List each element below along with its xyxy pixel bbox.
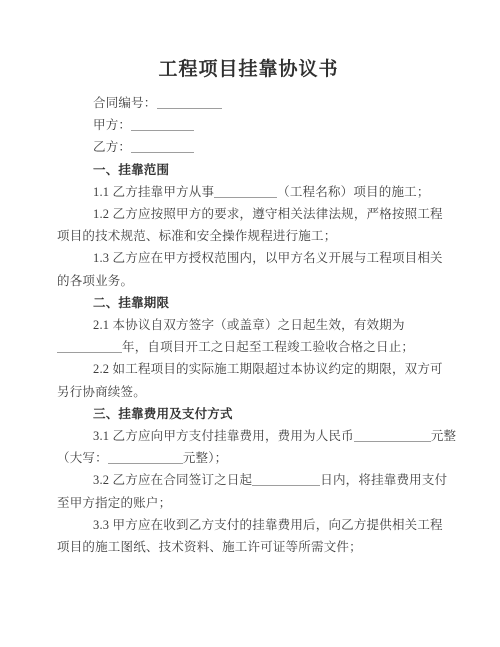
clause-line: 1.1 乙方挂靠甲方从事（工程名称）项目的施工；: [57, 181, 440, 203]
clause-line: 项目的施工图纸、技术资料、施工许可证等所需文件；: [57, 536, 440, 558]
clause-text: 2.1 本协议自双方签字（或盖章）之日起生效，有效期为: [93, 318, 405, 332]
clause-line: 3.3 甲方应在收到乙方支付的挂靠费用后，向乙方提供相关工程: [57, 514, 440, 536]
clause-text: 1.1 乙方挂靠甲方从事: [93, 185, 214, 199]
clause-line: 3.1 乙方应向甲方支付挂靠费用，费用为人民币元整: [57, 425, 440, 447]
document-page: 工程项目挂靠协议书 合同编号：甲方：乙方：一、挂靠范围1.1 乙方挂靠甲方从事（…: [0, 0, 500, 647]
section-3-heading: 三、挂靠费用及支付方式: [57, 403, 440, 425]
clause-text: （工程名称）项目的施工；: [277, 185, 429, 199]
clause-line: 1.2 乙方应按照甲方的要求，遵守相关法律法规，严格按照工程: [57, 203, 440, 225]
clause-line: 另行协商续签。: [57, 381, 440, 403]
clause-text: 项目的施工图纸、技术资料、施工许可证等所需文件；: [57, 540, 362, 554]
contract-number-field: 合同编号：: [57, 92, 440, 114]
clause-text: 3.2 乙方应在合同签订之日起: [93, 473, 252, 487]
section-heading-text: 二、挂靠期限: [93, 296, 169, 310]
document-title: 工程项目挂靠协议书: [57, 57, 440, 83]
clause-text: 乙方：: [93, 140, 131, 154]
clause-text: 3.3 甲方应在收到乙方支付的挂靠费用后，向乙方提供相关工程: [93, 518, 443, 532]
clause-line: 2.2 如工程项目的实际施工期限超过本协议约定的期限，双方可: [57, 358, 440, 380]
clause-text: 日内，将挂靠费用支付: [320, 473, 447, 487]
blank-fill-line: [131, 118, 194, 131]
clause-text: 3.1 乙方应向甲方支付挂靠费用，费用为人民币: [93, 429, 354, 443]
clause-line: （大写：元整）；: [57, 447, 440, 469]
party-b-field: 乙方：: [57, 136, 440, 158]
clause-text: 1.3 乙方应在甲方授权范围内，以甲方名义开展与工程项目相关: [93, 251, 443, 265]
blank-fill-line: [354, 429, 431, 442]
clause-text: 2.2 如工程项目的实际施工期限超过本协议约定的期限，双方可: [93, 362, 443, 376]
section-2-heading: 二、挂靠期限: [57, 292, 440, 314]
document-body: 合同编号：甲方：乙方：一、挂靠范围1.1 乙方挂靠甲方从事（工程名称）项目的施工…: [57, 92, 440, 558]
clause-text: 元整: [431, 429, 456, 443]
clause-line: 项目的技术规范、标准和安全操作规程进行施工；: [57, 225, 440, 247]
clause-line: 3.2 乙方应在合同签订之日起日内，将挂靠费用支付: [57, 469, 440, 491]
clause-text: 1.2 乙方应按照甲方的要求，遵守相关法律法规，严格按照工程: [93, 207, 443, 221]
clause-text: 年，自项目开工之日起至工程竣工验收合格之日止；: [122, 340, 414, 354]
section-heading-text: 三、挂靠费用及支付方式: [93, 407, 233, 421]
blank-fill-line: [214, 185, 277, 198]
clause-line: 至甲方指定的账户；: [57, 492, 440, 514]
clause-text: 另行协商续签。: [57, 385, 146, 399]
clause-text: （大写：: [57, 451, 108, 465]
blank-fill-line: [157, 96, 222, 109]
clause-text: 至甲方指定的账户；: [57, 496, 171, 510]
blank-fill-line: [252, 473, 320, 486]
clause-text: 合同编号：: [93, 96, 157, 110]
blank-fill-line: [108, 451, 183, 464]
clause-line: 的各项业务。: [57, 270, 440, 292]
clause-line: 年，自项目开工之日起至工程竣工验收合格之日止；: [57, 336, 440, 358]
clause-text: 元整）；: [183, 451, 228, 465]
clause-text: 甲方：: [93, 118, 131, 132]
section-heading-text: 一、挂靠范围: [93, 163, 169, 177]
blank-fill-line: [57, 340, 122, 353]
clause-text: 的各项业务。: [57, 274, 133, 288]
clause-line: 1.3 乙方应在甲方授权范围内，以甲方名义开展与工程项目相关: [57, 247, 440, 269]
clause-text: 项目的技术规范、标准和安全操作规程进行施工；: [57, 229, 336, 243]
party-a-field: 甲方：: [57, 114, 440, 136]
clause-line: 2.1 本协议自双方签字（或盖章）之日起生效，有效期为: [57, 314, 440, 336]
blank-fill-line: [131, 140, 194, 153]
section-1-heading: 一、挂靠范围: [57, 159, 440, 181]
